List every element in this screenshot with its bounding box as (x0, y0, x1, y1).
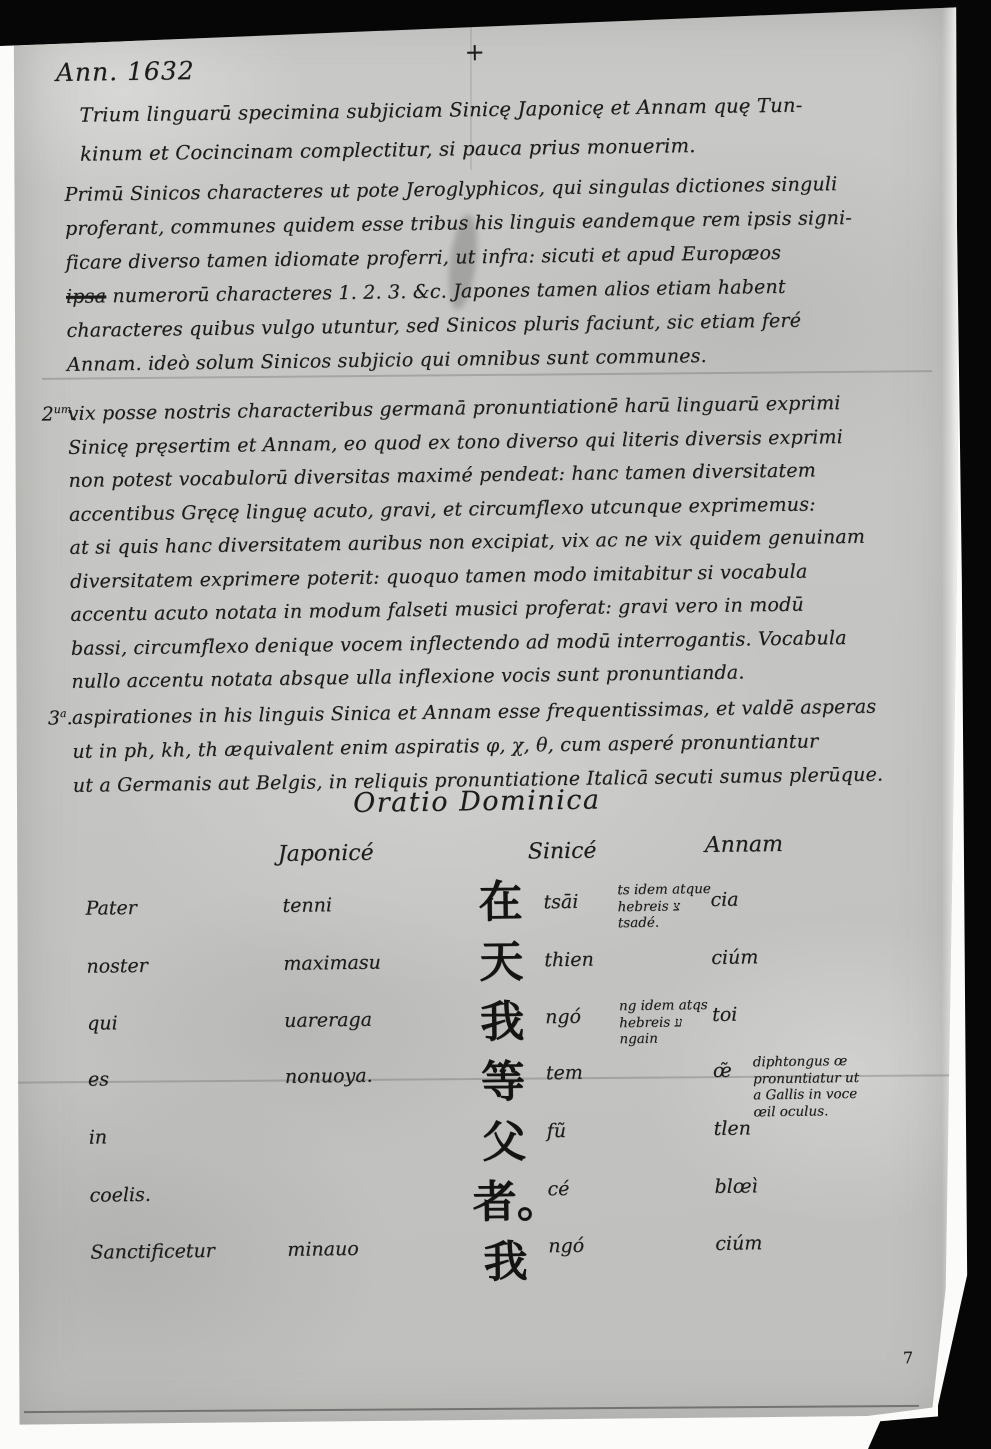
manuscript-scan: Ann. 1632 + Trium linguarū specimina sub… (0, 0, 991, 1449)
year-annotation: Ann. 1632 (56, 56, 195, 87)
column-header-annam: Annam (705, 832, 784, 858)
table-row: noster maximasu thien ciúm (73, 943, 965, 985)
cell-annam: blœì (714, 1175, 757, 1198)
cell-latin: noster (86, 955, 148, 978)
page-number: 7 (903, 1348, 913, 1367)
note-line: œil oculus. (753, 1101, 933, 1120)
cell-sinice: tsāi (543, 891, 578, 913)
cell-annam: œ̃ (713, 1060, 732, 1082)
cell-sinice: fũ (547, 1120, 567, 1142)
note-line: ngain (619, 1029, 769, 1048)
cell-annam: tlen (714, 1117, 752, 1140)
cell-latin: in (89, 1126, 108, 1148)
cell-japonice: nonuoya. (285, 1065, 373, 1088)
cell-sinice: tem (546, 1062, 583, 1085)
scan-border-bottom-right (868, 1412, 991, 1449)
marginal-note-ngo: ng idem atqs hebreis ע ngain (619, 996, 770, 1048)
cell-latin: qui (87, 1012, 118, 1034)
manuscript-page: Ann. 1632 + Trium linguarū specimina sub… (12, 6, 958, 1426)
table-row: Sanctificetur minauo ngó ciúm (77, 1229, 969, 1271)
page-content: Ann. 1632 + Trium linguarū specimina sub… (12, 0, 978, 1432)
cell-sinice: ngó (548, 1235, 584, 1257)
cell-sinice: cé (547, 1178, 569, 1200)
table-row: Pater tenni tsāi cia (72, 885, 964, 927)
cell-latin: Pater (85, 897, 137, 920)
cross-mark: + (464, 38, 484, 66)
item-marker-tertium: 3a. (48, 707, 73, 730)
second-point-paragraph: vix posse nostris characteribus germanā … (68, 392, 868, 705)
marginal-note-oe: diphtongus œ pronuntiatur ut a Gallis in… (753, 1052, 934, 1121)
cell-latin: coelis. (89, 1184, 151, 1207)
prayer-title: Oratio Dominica (353, 784, 601, 818)
prayer-table: Japonicé Sinicé Annam 在 天 我 等 父 者。 我 Pat… (72, 827, 971, 1319)
intro-paragraph: Trium linguarū specimina subjiciam Sinic… (79, 94, 803, 182)
cell-annam: ciúm (711, 946, 758, 969)
column-header-japonice: Japonicé (278, 841, 374, 867)
cell-latin: es (88, 1068, 109, 1090)
note-line: hebreis ע (619, 1013, 769, 1032)
table-row: in fũ tlen (76, 1114, 968, 1156)
struck-word: ipsa (66, 285, 106, 308)
table-row: qui uareraga ngó toi (74, 1000, 966, 1042)
cell-japonice: minauo (287, 1238, 359, 1261)
cell-annam: ciúm (715, 1232, 762, 1255)
note-line: tsadé. (618, 913, 768, 932)
first-point-paragraph: Primū Sinicos characteres ut pote Jerogl… (64, 173, 854, 388)
note-line: ts idem atque (617, 880, 767, 899)
column-header-sinice: Sinicé (528, 839, 597, 865)
note-line: ng idem atqs (619, 996, 769, 1015)
cell-japonice: uareraga (284, 1009, 372, 1032)
cell-sinice: thien (544, 949, 594, 972)
cell-japonice: tenni (282, 894, 332, 917)
cell-sinice: ngó (545, 1006, 581, 1028)
cell-japonice: maximasu (283, 952, 381, 975)
table-row: coelis. cé blœì (76, 1172, 968, 1214)
note-line: hebreis צ (617, 897, 767, 916)
marker-number: 3 (48, 707, 60, 729)
marginal-note-tsai: ts idem atque hebreis צ tsadé. (617, 880, 768, 932)
marker-number: 2 (42, 403, 54, 425)
cell-latin: Sanctificetur (90, 1240, 215, 1264)
